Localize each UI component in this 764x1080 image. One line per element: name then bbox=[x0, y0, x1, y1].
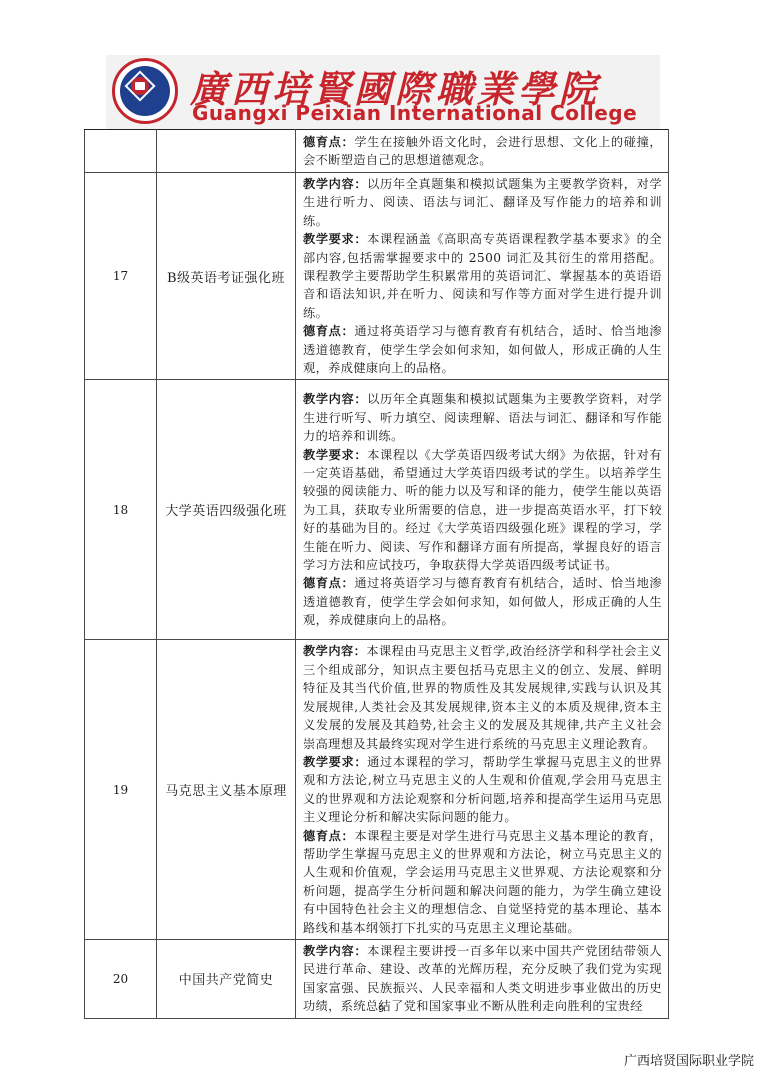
paragraph-moral: 德育点：通过将英语学习与德育教育有机结合，适时、恰当地渗透道德教育，使学生学会如… bbox=[303, 574, 662, 629]
paragraph-content: 教学内容：以历年全真题集和模拟试题集为主要教学资料，对学生进行听写、听力填空、阅… bbox=[303, 390, 662, 445]
label-content: 教学内容： bbox=[303, 944, 367, 958]
table-row: 20 中国共产党简史 教学内容：本课程主要讲授一百多年以来中国共产党团结带领人民… bbox=[85, 939, 669, 1018]
label-moral: 德育点： bbox=[303, 324, 354, 338]
text-moral: 通过将英语学习与德育教育有机结合，适时、恰当地渗透道德教育，使学生学会如何求知，… bbox=[303, 324, 662, 375]
course-number: 17 bbox=[85, 173, 157, 380]
course-name: 中国共产党简史 bbox=[157, 939, 296, 1018]
footer-institution-name: 广西培贤国际职业学院 bbox=[624, 1050, 754, 1069]
label-content: 教学内容： bbox=[303, 392, 367, 406]
course-description: 德育点：学生在接触外语文化时，会进行思想、文化上的碰撞，会不断塑造自己的思想道德… bbox=[296, 130, 669, 173]
label-moral: 德育点： bbox=[303, 135, 354, 149]
paragraph-moral: 德育点：本课程主要是对学生进行马克思主义基本理论的教育，帮助学生掌握马克思主义的… bbox=[303, 827, 662, 937]
paragraph-requirement: 教学要求：通过本课程的学习，帮助学生掌握马克思主义的世界观和方法论,树立马克思主… bbox=[303, 753, 662, 827]
table-row: 德育点：学生在接触外语文化时，会进行思想、文化上的碰撞，会不断塑造自己的思想道德… bbox=[85, 130, 669, 173]
course-number: 19 bbox=[85, 640, 157, 940]
table-row: 19 马克思主义基本原理 教学内容：本课程由马克思主义哲学,政治经济学和科学社会… bbox=[85, 640, 669, 940]
course-name: 大学英语四级强化班 bbox=[157, 380, 296, 640]
course-number bbox=[85, 130, 157, 173]
page-number: 9 bbox=[378, 1004, 384, 1015]
course-number: 20 bbox=[85, 939, 157, 1018]
label-moral: 德育点： bbox=[303, 576, 354, 590]
paragraph-moral: 德育点：通过将英语学习与德育教育有机结合，适时、恰当地渗透道德教育，使学生学会如… bbox=[303, 322, 662, 377]
table-row: 17 B级英语考证强化班 教学内容：以历年全真题集和模拟试题集为主要教学资料，对… bbox=[85, 173, 669, 380]
course-table: 德育点：学生在接触外语文化时，会进行思想、文化上的碰撞，会不断塑造自己的思想道德… bbox=[84, 129, 669, 1019]
course-name bbox=[157, 130, 296, 173]
paragraph-content: 教学内容：本课程主要讲授一百多年以来中国共产党团结带领人民进行革命、建设、改革的… bbox=[303, 942, 662, 1016]
paragraph-content: 教学内容：以历年全真题集和模拟试题集为主要教学资料，对学生进行听力、阅读、语法与… bbox=[303, 175, 662, 230]
course-name: B级英语考证强化班 bbox=[157, 173, 296, 380]
book-icon bbox=[135, 82, 145, 90]
label-moral: 德育点： bbox=[303, 829, 354, 843]
course-description: 教学内容：本课程主要讲授一百多年以来中国共产党团结带领人民进行革命、建设、改革的… bbox=[296, 939, 669, 1018]
course-description: 教学内容：本课程由马克思主义哲学,政治经济学和科学社会主义三个组成部分，知识点主… bbox=[296, 640, 669, 940]
label-content: 教学内容： bbox=[303, 644, 366, 658]
text-content: 本课程由马克思主义哲学,政治经济学和科学社会主义三个组成部分，知识点主要包括马克… bbox=[303, 644, 662, 750]
paragraph-moral: 德育点：学生在接触外语文化时，会进行思想、文化上的碰撞，会不断塑造自己的思想道德… bbox=[303, 133, 662, 170]
course-description: 教学内容：以历年全真题集和模拟试题集为主要教学资料，对学生进行听力、阅读、语法与… bbox=[296, 173, 669, 380]
label-content: 教学内容： bbox=[303, 177, 367, 191]
course-name: 马克思主义基本原理 bbox=[157, 640, 296, 940]
course-description: 教学内容：以历年全真题集和模拟试题集为主要教学资料，对学生进行听写、听力填空、阅… bbox=[296, 380, 669, 640]
text-moral: 学生在接触外语文化时，会进行思想、文化上的碰撞，会不断塑造自己的思想道德观念。 bbox=[303, 135, 662, 167]
paragraph-requirement: 教学要求：本课程涵盖《高职高专英语课程教学基本要求》的全部内容,包括需掌握要求中… bbox=[303, 230, 662, 322]
course-number: 18 bbox=[85, 380, 157, 640]
text-moral: 本课程主要是对学生进行马克思主义基本理论的教育，帮助学生掌握马克思主义的世界观和… bbox=[303, 829, 662, 935]
college-title-english: Guangxi Peixian International College bbox=[192, 101, 637, 125]
paragraph-requirement: 教学要求：本课程以《大学英语四级考试大纲》为依据，针对有一定英语基础，希望通过大… bbox=[303, 446, 662, 575]
paragraph-content: 教学内容：本课程由马克思主义哲学,政治经济学和科学社会主义三个组成部分，知识点主… bbox=[303, 642, 662, 752]
text-requirement: 本课程以《大学英语四级考试大纲》为依据，针对有一定英语基础，希望通过大学英语四级… bbox=[303, 448, 662, 572]
header-banner: 廣西培賢國際職業學院 Guangxi Peixian International… bbox=[106, 55, 660, 130]
label-requirement: 教学要求： bbox=[303, 755, 367, 769]
text-moral: 通过将英语学习与德育教育有机结合，适时、恰当地渗透道德教育，使学生学会如何求知，… bbox=[303, 576, 662, 627]
label-requirement: 教学要求： bbox=[303, 232, 367, 246]
label-requirement: 教学要求： bbox=[303, 448, 367, 462]
table-row: 18 大学英语四级强化班 教学内容：以历年全真题集和模拟试题集为主要教学资料，对… bbox=[85, 380, 669, 640]
college-emblem-icon bbox=[112, 58, 178, 124]
